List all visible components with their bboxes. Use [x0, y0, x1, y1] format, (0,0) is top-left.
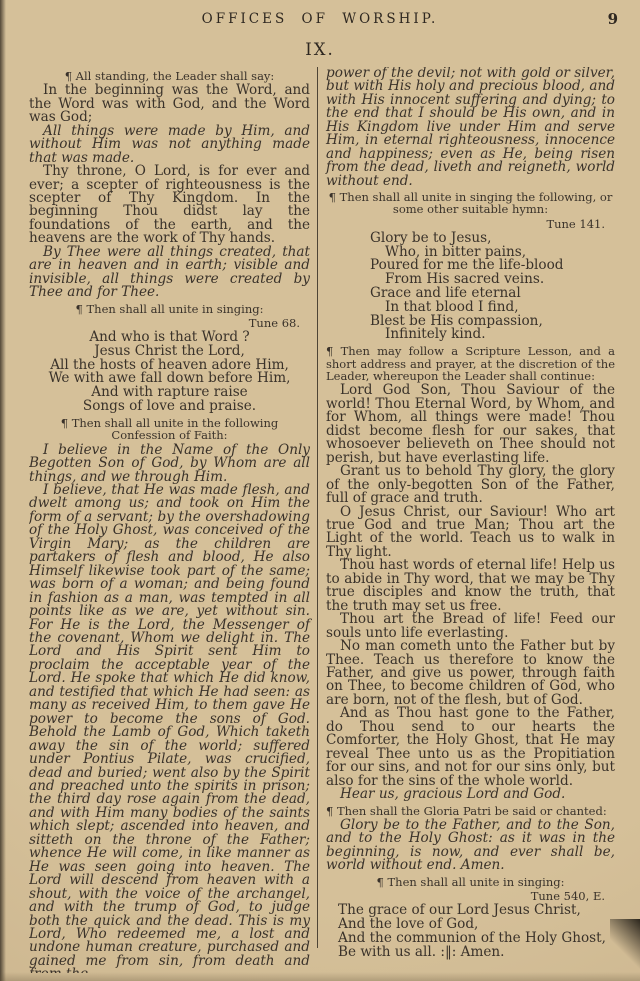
- confession-i-believe-in-the-name: I believe in the Name of the Only Begott…: [29, 444, 310, 484]
- rubric-unite-in-singing: ¶ Then shall all unite in singing:: [29, 303, 310, 315]
- prayer-thou-hast-words: Thou hast words of eternal life! Help us…: [326, 559, 615, 613]
- response-all-things-were-made: All things were made by Him, and without…: [29, 125, 310, 165]
- rubric-unite-in-singing-2: ¶ Then shall all unite in singing:: [326, 876, 615, 888]
- right-column: power of the devil; not with gold or sil…: [318, 67, 615, 973]
- page-edge-shadow-left: [0, 0, 6, 981]
- tune-68: Tune 68.: [29, 317, 310, 329]
- prayer-lord-god-son: Lord God Son, Thou Saviour of the world!…: [326, 384, 615, 465]
- book-page: OFFICES OF WORSHIP. 9 IX. ¶ All standing…: [0, 0, 640, 981]
- prayer-grant-us-to-behold: Grant us to behold Thy glory, the glory …: [326, 465, 615, 505]
- page-number: 9: [608, 10, 618, 28]
- prayer-no-man-cometh: No man cometh unto the Father but by The…: [326, 640, 615, 707]
- response-hear-us: Hear us, gracious Lord and God.: [326, 788, 615, 801]
- paragraph-in-the-beginning: In the beginning was the Word, and the W…: [29, 84, 310, 124]
- hymn-line: Infinitely kind.: [326, 328, 615, 342]
- rubric-singing-suitable-hymn: ¶ Then shall all unite in singing the fo…: [326, 191, 615, 216]
- tune-540: Tune 540, E.: [326, 890, 615, 902]
- page-corner-shadow: [610, 919, 640, 981]
- gloria-patri-text: Glory be to the Father, and to the Son, …: [326, 819, 615, 873]
- prayer-bread-of-life: Thou art the Bread of life! Feed our sou…: [326, 613, 615, 640]
- left-column: ¶ All standing, the Leader shall say:In …: [29, 67, 317, 973]
- response-by-thee-were-all-things: By Thee were all things created, that ar…: [29, 246, 310, 300]
- hymn-and-who-is-that-word: And who is that Word ?Jesus Christ the L…: [29, 331, 310, 414]
- hymn-the-grace-of-our-lord: The grace of our Lord Jesus Christ,And t…: [326, 904, 615, 959]
- confession-i-believe-that-he-was-made-flesh: I believe, that He was made flesh, and d…: [29, 484, 310, 973]
- hymn-line: Songs of love and praise.: [29, 400, 310, 414]
- hymn-line: Be with us all. :‖: Amen.: [326, 946, 615, 960]
- rubric-confession-of-faith: ¶ Then shall all unite in the following …: [29, 417, 310, 442]
- rubric-all-standing: ¶ All standing, the Leader shall say:: [29, 70, 310, 82]
- paragraph-thy-throne: Thy throne, O Lord, is for ever and ever…: [29, 165, 310, 246]
- prayer-o-jesus-christ: O Jesus Christ, our Saviour! Who art tru…: [326, 506, 615, 560]
- tune-141: Tune 141.: [326, 218, 615, 230]
- rubric-gloria-patri: ¶ Then shall the Gloria Patri be said or…: [326, 805, 615, 817]
- running-header: OFFICES OF WORSHIP.: [0, 11, 640, 27]
- section-heading: IX.: [0, 40, 640, 59]
- rubric-scripture-lesson: ¶ Then may follow a Scripture Lesson, an…: [326, 345, 615, 382]
- prayer-and-as-thou-hast-gone: And as Thou hast gone to the Father, do …: [326, 707, 615, 788]
- confession-continued-power-of-the-devil: power of the devil; not with gold or sil…: [326, 67, 615, 188]
- hymn-glory-be-to-jesus: Glory be to Jesus,Who, in bitter pains,P…: [326, 232, 615, 342]
- text-columns: ¶ All standing, the Leader shall say:In …: [29, 67, 615, 973]
- page-edge-shadow-bottom: [0, 972, 640, 981]
